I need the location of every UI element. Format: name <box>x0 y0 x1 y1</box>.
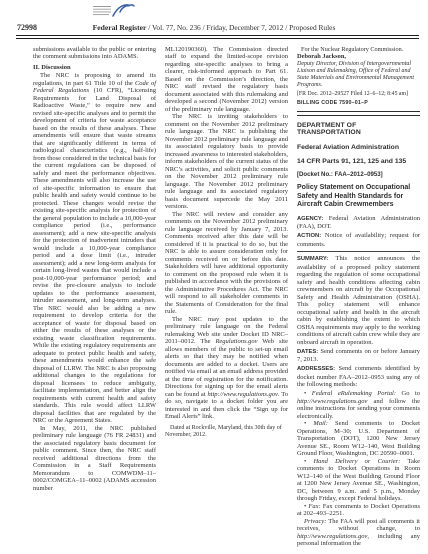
federal-register-logo <box>92 3 136 20</box>
paragraph: ML120190360). The Commission directed st… <box>165 46 288 114</box>
page-body: submissions available to the public or e… <box>0 39 428 548</box>
paragraph: The NRC is proposing to amend its regula… <box>33 72 156 425</box>
header-journal-name: Federal Register <box>93 23 147 32</box>
column-2: ML120190360). The Commission directed st… <box>165 46 288 548</box>
section-heading: II. Discussion <box>33 64 156 72</box>
paragraph: submissions available to the public or e… <box>33 46 156 61</box>
dated-line: Dated at Rockville, Maryland, this 30th … <box>165 425 288 439</box>
paragraph: The NRC may post updates to the prelimin… <box>165 316 288 421</box>
department-heading: DEPARTMENT OF TRANSPORTATION <box>297 122 420 138</box>
billing-code: BILLING CODE 7590–01–P <box>297 100 420 107</box>
header-title: Federal Register / Vol. 77, No. 236 / Fr… <box>0 23 428 32</box>
agency-heading: Federal Aviation Administration <box>297 144 420 152</box>
cfr-parts-heading: 14 CFR Parts 91, 121, 125 and 135 <box>297 158 420 166</box>
addresses-field: ADDRESSES: Send comments identified by d… <box>297 365 420 389</box>
page-header: 72998 Federal Register / Vol. 77, No. 23… <box>0 0 428 39</box>
bullet-item: • Federal eRulemaking Portal: Go to http… <box>297 390 420 420</box>
federal-register-page: 72998 Federal Register / Vol. 77, No. 23… <box>0 0 428 554</box>
signature-name: Deborah Jackson, <box>297 53 420 61</box>
dates-field: DATES: Send comments on or before Januar… <box>297 348 420 364</box>
paragraph: Privacy: The FAA will post all comments … <box>297 518 420 548</box>
paragraph: The NRC is inviting stakeholders to comm… <box>165 113 288 211</box>
action-field: ACTION: Notice of availability; request … <box>297 232 420 248</box>
bullet-item: • Fax: Fax comments to Docket Operations… <box>297 503 420 518</box>
paragraph: The NRC will review and consider any com… <box>165 211 288 316</box>
signature-for: For the Nuclear Regulatory Commission. <box>297 46 420 53</box>
thin-divider <box>297 251 420 252</box>
header-issue-info: / Vol. 77, No. 236 / Friday, December 7,… <box>146 23 335 32</box>
agency-field: AGENCY: Federal Aviation Administration … <box>297 215 420 231</box>
paragraph: In May, 2011, the NRC published prelimin… <box>33 425 156 493</box>
fr-doc-line: [FR Doc. 2012–29527 Filed 12–6–12; 8:45 … <box>297 91 420 98</box>
column-1: submissions available to the public or e… <box>33 46 156 548</box>
column-3: For the Nuclear Regulatory Commission.De… <box>297 46 420 548</box>
summary-field: SUMMARY: This notice announces the avail… <box>297 255 420 346</box>
bullet-item: • Hand Delivery or Courier: Take comment… <box>297 458 420 503</box>
signature-title: Deputy Director, Division of Intergovern… <box>297 61 420 89</box>
logo-swoosh <box>113 5 134 16</box>
docket-number: [Docket No.: FAA–2012–0953] <box>297 171 420 178</box>
header-rule <box>16 35 419 39</box>
section-divider <box>297 111 420 115</box>
header-row: 72998 Federal Register / Vol. 77, No. 23… <box>0 21 428 32</box>
bullet-item: • Mail: Send comments to Docket Operatio… <box>297 420 420 458</box>
document-title: Policy Statement on Occupational Safety … <box>297 184 420 209</box>
